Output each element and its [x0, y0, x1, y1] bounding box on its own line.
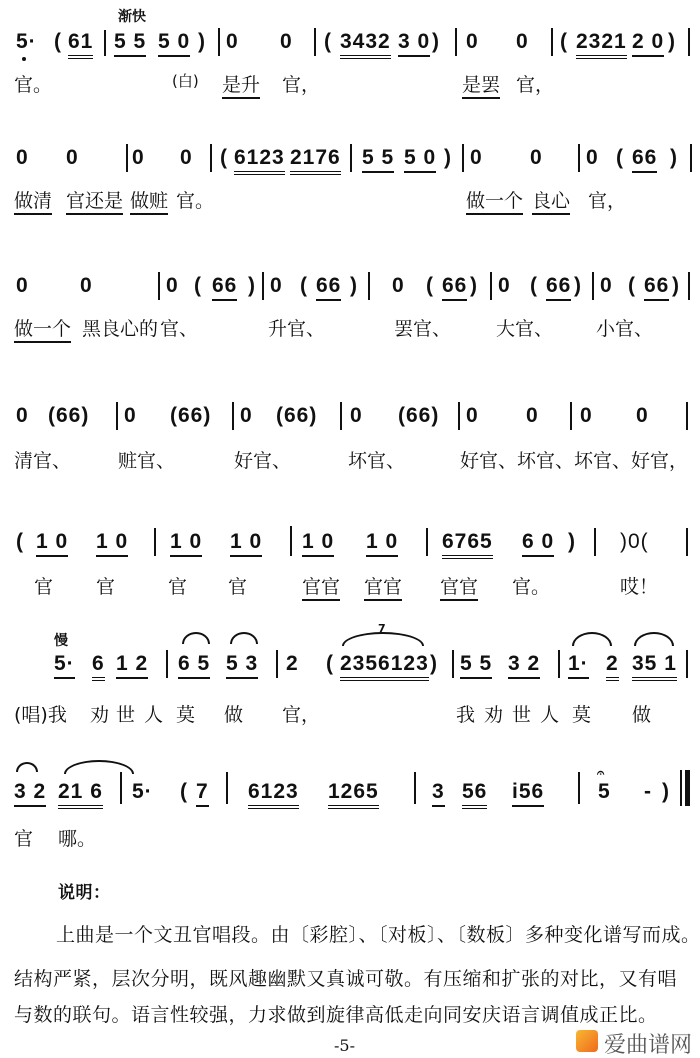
rest: 0 [226, 30, 239, 54]
rest: 0 [466, 30, 479, 54]
paren-close: ) [662, 780, 670, 804]
slur [16, 762, 38, 772]
rest: 0 [498, 274, 511, 298]
note-group: 5 3 [226, 652, 258, 679]
note-group: 3 2 [14, 780, 46, 807]
tuplet-number: 7 [378, 622, 386, 635]
note-group: 66 [316, 274, 341, 301]
barline [490, 272, 492, 300]
lyric: 做一个 [466, 186, 523, 215]
paren-open: ( [300, 274, 308, 298]
paren-open: ( [220, 146, 228, 170]
note-group: 21 6 [58, 780, 103, 809]
lyric: 赃官、 [118, 446, 175, 473]
note-group: )0( [620, 530, 649, 554]
paren-open: ( [426, 274, 434, 298]
note-group: 66 [442, 274, 467, 301]
note-group: 5 0 [404, 146, 436, 173]
lyric: 哎！ [620, 572, 658, 599]
barline [262, 272, 264, 300]
note-group: (66) [170, 404, 211, 428]
lyric: 人 [540, 700, 559, 727]
music-note-icon [576, 1030, 598, 1052]
lyric: 坏官、 [348, 446, 405, 473]
paren-open: ( [324, 30, 332, 54]
slur [182, 632, 210, 644]
note: 6 [92, 652, 105, 681]
barline [104, 30, 106, 56]
barline [126, 144, 128, 172]
lyric: 人 [144, 700, 163, 727]
barline [594, 528, 596, 556]
lyric: 莫 [572, 700, 591, 727]
lyric: 官 [14, 824, 33, 851]
paren-close: ) [670, 146, 678, 170]
barline [458, 402, 460, 430]
rest: 0 [124, 404, 137, 428]
explanation-line: 上曲是一个文丑官唱段。由〔彩腔〕、〔对板〕、〔数板〕多种变化谱写而成。 [56, 920, 700, 947]
slur [634, 632, 674, 646]
watermark: 爱曲谱网 [604, 1028, 692, 1058]
lyric: 官， [282, 700, 320, 727]
note-group: 2176 [290, 146, 341, 175]
rest: 0 [466, 404, 479, 428]
barline [686, 402, 688, 430]
lyric: 官官 [440, 572, 478, 601]
barline [290, 526, 292, 556]
explanation-line: 与数的联句。语言性较强，力求做到旋律高低走向同安庆语言调值成正比。 [14, 1000, 658, 1027]
lyric: 劝 [90, 700, 109, 727]
rest: 0 [132, 146, 145, 170]
barline [578, 144, 580, 172]
paren-close: ) [568, 530, 576, 554]
lyric: 黑良心的 [82, 314, 158, 341]
rest: 0 [80, 274, 93, 298]
barline [166, 650, 168, 678]
paren-open: ( [560, 30, 568, 54]
paren-open: ( [326, 652, 334, 676]
note-group: 2321 [576, 30, 627, 59]
rest: 0 [470, 146, 483, 170]
lyric: 做 [224, 700, 243, 727]
barline [340, 402, 342, 430]
note-group: 6 0 [522, 530, 554, 557]
note-group: 5 0 [158, 30, 190, 57]
rest: 0 [636, 404, 649, 428]
barline [558, 650, 560, 678]
slur [572, 632, 612, 646]
paren-open: ( [194, 274, 202, 298]
barline [690, 144, 692, 172]
lyric: 大官、 [496, 314, 553, 341]
note-group: (66) [48, 404, 89, 428]
paren-open: ( [616, 146, 624, 170]
lyric: 升官、 [268, 314, 325, 341]
low-octave-dot [22, 57, 26, 61]
barline [688, 28, 690, 56]
lyric: 莫 [176, 700, 195, 727]
note: 7 [196, 780, 209, 807]
rest: 0 [350, 404, 363, 428]
paren-close: ) [470, 274, 478, 298]
paren-open: ( [180, 780, 188, 804]
lyric: 官、 [160, 314, 198, 341]
barline [226, 772, 228, 804]
note-group: (66) [276, 404, 317, 428]
barline [688, 272, 690, 300]
note-group: 66 [546, 274, 571, 301]
note-group: 1 0 [170, 530, 202, 557]
explanation-line: 结构严紧，层次分明，既风趣幽默又真诚可敬。有压缩和扩张的对比，又有唱 [14, 964, 677, 991]
lyric: 做赃 [130, 186, 168, 215]
lyric: 是升 [222, 70, 260, 99]
barline [154, 528, 156, 556]
barline [368, 272, 370, 300]
rest: 0 [530, 146, 543, 170]
lyric: 官官 [302, 572, 340, 601]
tempo-marking: 渐快 [118, 6, 146, 26]
note-group: 66 [632, 146, 657, 173]
lyric: 官 [96, 572, 115, 599]
note-group: 2356123 [340, 652, 429, 681]
rest: 0 [16, 146, 29, 170]
paren-close: ) [248, 274, 256, 298]
lyric: 罢官、 [394, 314, 451, 341]
paren-close: ) [444, 146, 452, 170]
lyric: 官官 [364, 572, 402, 601]
barline [210, 144, 212, 172]
paren-open: ( [530, 274, 538, 298]
note-group: 66 [644, 274, 669, 301]
barline [426, 528, 428, 556]
note-group: 1 2 [116, 652, 148, 679]
lyric: 哪。 [58, 824, 96, 851]
paren-close: ) [574, 274, 582, 298]
note-group: 6 5 [178, 652, 210, 679]
rest: 0 [280, 30, 293, 54]
note-group: 35 1 [632, 652, 677, 681]
lyric-spoken-marker: (白) [172, 70, 199, 91]
note-group: 5 5 [460, 652, 492, 679]
barline [414, 772, 416, 804]
paren-close: ) [430, 652, 438, 676]
paren-open: ( [54, 30, 62, 54]
paren-close: ) [672, 274, 680, 298]
rest: 0 [270, 274, 283, 298]
page-number: -5- [334, 1036, 355, 1055]
tempo-marking: 慢 [54, 630, 68, 650]
rest: 0 [392, 274, 405, 298]
barline [232, 402, 234, 430]
note-group: 5· [54, 652, 75, 679]
barline [686, 650, 688, 678]
rest: 0 [516, 30, 529, 54]
lyric: 是罢 [462, 70, 500, 99]
lyric: 官。 [14, 70, 52, 97]
lyric: 好官、 [234, 446, 291, 473]
note: 5· [132, 780, 153, 804]
lyric: 良心 [532, 186, 570, 215]
lyric: 世 [512, 700, 531, 727]
barline [686, 528, 688, 556]
barline [570, 402, 572, 430]
lyric: 小官、 [596, 314, 653, 341]
note-group: 61 [68, 30, 93, 59]
rest: 0 [16, 274, 29, 298]
barline [276, 650, 278, 678]
note: 2 [606, 652, 619, 681]
barline [592, 272, 594, 300]
note-group: 2 0 [632, 30, 664, 57]
note-group: 3 0 [398, 30, 430, 57]
lyric: 官 [168, 572, 187, 599]
lyric: 做 [632, 700, 651, 727]
lyric: 官还是 [66, 186, 123, 215]
note: 5 [598, 780, 611, 804]
lyric: 官， [516, 70, 554, 97]
paren-close: ) [350, 274, 358, 298]
barline [350, 144, 352, 172]
explanation-heading: 说明： [58, 878, 111, 903]
barline [462, 144, 464, 172]
rest: 0 [586, 146, 599, 170]
fermata-icon: 𝄐 [597, 766, 604, 781]
note: 3 [432, 780, 445, 807]
rest: 0 [16, 404, 29, 428]
note-group: 1 0 [366, 530, 398, 557]
final-barline-thin [680, 770, 682, 806]
note: 2 [286, 652, 299, 676]
lyric: 世 [116, 700, 135, 727]
note: 5· [16, 30, 37, 54]
lyric: 劝 [484, 700, 503, 727]
note-group: (66) [398, 404, 439, 428]
lyric: 官。 [512, 572, 550, 599]
barline [455, 28, 457, 56]
note-group: 6123 [234, 146, 285, 175]
barline [578, 772, 580, 804]
note-group: 5 5 [114, 30, 146, 57]
note-group: 1265 [328, 780, 379, 809]
lyric: 清官、 [14, 446, 71, 473]
final-barline-thick [685, 770, 690, 806]
note: 1· [568, 652, 589, 679]
lyric: 官， [588, 186, 626, 213]
barline [551, 28, 553, 56]
rest: 0 [180, 146, 193, 170]
lyric: 官 [228, 572, 247, 599]
slur [64, 760, 134, 774]
rest: 0 [600, 274, 613, 298]
paren-open: ( [628, 274, 636, 298]
note-group: 1 0 [302, 530, 334, 557]
note-group: 56 [462, 780, 487, 809]
paren-close: ) [668, 30, 676, 54]
note-group: 6765 [442, 530, 493, 559]
lyric: 官， [282, 70, 320, 97]
lyric: 做清 [14, 186, 52, 215]
barline [120, 772, 122, 804]
rest: 0 [66, 146, 79, 170]
barline [158, 272, 160, 300]
note-group: 3 2 [508, 652, 540, 679]
note-group: 6123 [248, 780, 299, 809]
paren-close: ) [432, 30, 440, 54]
rest: 0 [526, 404, 539, 428]
barline [218, 28, 220, 56]
lyric: 官。 [176, 186, 214, 213]
paren-close: ) [198, 30, 206, 54]
lyric: (唱)我 [14, 700, 67, 727]
note-group: 5 5 [362, 146, 394, 173]
note-group: 66 [212, 274, 237, 301]
rest: 0 [580, 404, 593, 428]
barline [116, 402, 118, 430]
barline [452, 650, 454, 678]
note-group: 1 0 [36, 530, 68, 557]
slur [230, 632, 258, 644]
rest: 0 [166, 274, 179, 298]
note-group: 3432 [340, 30, 391, 59]
lyric: 好官、坏官、坏官、好官， [460, 446, 688, 473]
barline [314, 28, 316, 56]
lyric: 我 [456, 700, 475, 727]
note-group: 1 0 [230, 530, 262, 557]
rest: 0 [240, 404, 253, 428]
lyric: 官 [34, 572, 53, 599]
lyric: 做一个 [14, 314, 71, 343]
paren-open: ( [16, 530, 24, 554]
note-group: i56 [512, 780, 544, 807]
note-group: 1 0 [96, 530, 128, 557]
dash: - [644, 780, 652, 804]
